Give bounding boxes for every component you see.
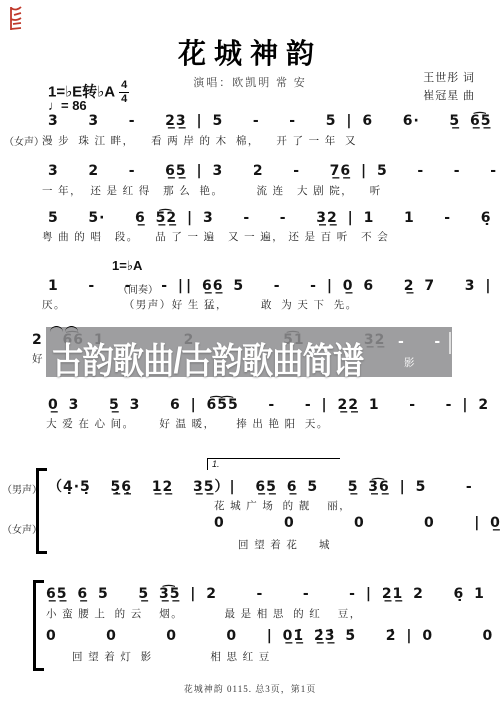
lyrics-line-5-obscured: 好 xyxy=(32,351,44,366)
watermark-text: 古韵歌曲/古韵歌曲简谱 xyxy=(52,332,363,384)
system1-female-lyrics: 回 望 着 花 城 xyxy=(238,537,331,552)
lyricist-credit: 王世彤 词 xyxy=(423,70,475,88)
sheet-music-page: 花城神韵 演唱：欧凯明 常 安 王世彤 词 崔冠星 曲 1=♭E转♭A44 ♩=… xyxy=(0,0,500,707)
lyrics-line-3: 粤 曲 的 唱 段。 品 了 一 遍 又 一 遍， 还 是 百 听 不 会 xyxy=(42,229,389,244)
music-line-1: 3 3 - 2̲3̲ | 5 - - 5 | 6 6· 5̲ 6̲͡5̲ | 3… xyxy=(48,113,500,129)
music-line-4-pre: 1 - - - | xyxy=(48,278,184,294)
system-bracket xyxy=(33,580,44,671)
lyrics-line-6: 大 爱 在 心 间。 好 温 暖， 捧 出 艳 阳 天。 xyxy=(42,416,329,431)
page-footer: 花城神韵 0115. 总3页，第1页 xyxy=(0,682,500,695)
system1-female-notes: 0 0 0 0 | 0̲1̲̇ 2̲̇3̲̇ 5̇ 1̇ | xyxy=(214,515,500,531)
system2-male-notes: 6̲5̲ 6̲ 5 5̲ 3̲͡5̲ | 2 - - - | 2̲1̲ 2 6̣… xyxy=(46,586,500,602)
voice-label-female: （女声） xyxy=(4,133,44,148)
lyrics-line-2: 一 年， 还 是 红 得 那 么 艳。 流 连 大 剧 院， 听 xyxy=(42,183,382,198)
music-line-3: 5 5· 6̲ 5̲͡2̲ | 3 - - 3̲2̲ | 1 1 - 6̣ | … xyxy=(48,210,500,226)
music-line-6: 0̲ 3 5̲ 3 6 | 6͡5͡5 - - | 2̲2̲ 1 - - | 2… xyxy=(48,397,500,413)
music-line-2: 3 2 - 6̲5̲ | 3 2 - 7̲6̲ | 5 - - - | 3 3 … xyxy=(48,163,500,179)
music-line-4-post: | 6̲6̲ 5 - - | 0̲ 6 2̲ 7 3 | 6͡5͡5 - - | xyxy=(186,278,500,294)
page-title: 花城神韵 xyxy=(0,32,500,72)
lyric-fragment-white: 影 xyxy=(404,355,416,370)
interlude-label: （间奏） xyxy=(118,281,158,296)
music-fragment-white: - - xyxy=(398,334,441,350)
tempo-marking: ♩= 86 xyxy=(48,98,87,113)
key-change: 1=♭A xyxy=(112,258,142,274)
system2-male-lyrics: 小 蛮 腰 上 的 云 烟。 最 是 相 思 的 红 豆， xyxy=(46,606,362,621)
volta-bracket: 1. xyxy=(207,458,340,470)
composer-credit: 崔冠星 曲 xyxy=(423,88,475,106)
lyrics-line-4: 厌。 （男声）好 生 猛， 敢 为 天 下 先。 xyxy=(42,297,358,312)
system2-female-lyrics: 回 望 着 灯 影 相 思 红 豆 xyxy=(72,649,271,664)
time-signature: 44 xyxy=(119,80,129,105)
lyrics-line-1: 漫 步 珠 江 畔， 看 两 岸 的 木 棉， 开 了 一 年 又 xyxy=(42,133,357,148)
credits: 王世彤 词 崔冠星 曲 xyxy=(423,70,475,105)
system1-male-lyrics: 花 城 广 场 的 靓 丽， xyxy=(214,498,351,513)
barline-fragment xyxy=(449,332,451,354)
system1-male-notes: （4̣·5̣ 5̣̲6̣̲ 1̲2̲ 3̲5̲）| 6̲5̲ 6̲ 5 5̲ 3… xyxy=(48,476,500,496)
system2-female-notes: 0 0 0 0 | 0̲1̲̇ 2̲̇3̲̇ 5̇ 2̇ | 0 0 0 0 |… xyxy=(46,628,500,644)
system-bracket xyxy=(36,468,47,554)
